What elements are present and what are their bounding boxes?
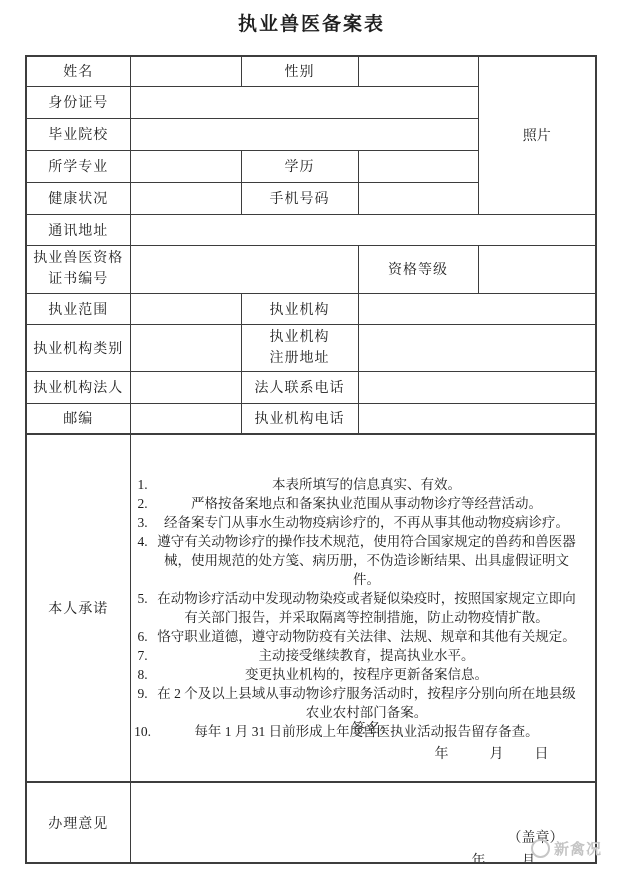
address-value-cell[interactable] [130,214,596,245]
commitment-item: 4. 遵守有关动物诊疗的操作技术规范，使用符合国家规定的兽药和兽医器械，使用规范… [131,532,596,589]
cert-number-label: 执业兽医资格 证书编号 [26,245,130,293]
major-value-cell[interactable] [130,150,241,182]
commitment-item: 7. 主动接受继续教育，提高执业水平。 [131,646,596,665]
org-type-label: 执业机构类别 [26,324,130,371]
record-form-table: 姓名 性别 照片 身份证号 毕业院校 所学专业 学历 健康状况 手机号码 [25,55,597,864]
practice-org-value-cell[interactable] [358,293,596,324]
org-legal-person-value-cell[interactable] [130,371,241,403]
education-value-cell[interactable] [358,150,478,182]
qual-level-value-cell[interactable] [478,245,596,293]
gender-label: 性别 [241,56,358,86]
commitment-item: 5. 在动物诊疗活动中发现动物染疫或者疑似染疫时，按照国家规定立即向有关部门报告… [131,589,596,627]
postcode-label: 邮编 [26,403,130,434]
major-label: 所学专业 [26,150,130,182]
health-label: 健康状况 [26,182,130,214]
qual-level-label: 资格等级 [358,245,478,293]
gender-value-cell[interactable] [358,56,478,86]
commitment-item: 6. 恪守职业道德，遵守动物防疫有关法律、法规、规章和其他有关规定。 [131,627,596,646]
commitment-item: 2. 严格按备案地点和备案执业范围从事动物诊疗等经营活动。 [131,494,596,513]
id-number-label: 身份证号 [26,86,130,118]
commitment-label: 本人承诺 [26,434,130,782]
page-title: 执业兽医备案表 [0,9,623,36]
school-label: 毕业院校 [26,118,130,150]
commitment-item: 1. 本表所填写的信息真实、有效。 [131,475,596,494]
commitment-item: 8. 变更执业机构的，按程序更新备案信息。 [131,665,596,684]
org-reg-addr-label: 执业机构 注册地址 [241,324,358,371]
org-type-value-cell[interactable] [130,324,241,371]
org-legal-person-label: 执业机构法人 [26,371,130,403]
org-phone-label: 执业机构电话 [241,403,358,434]
commitment-content-cell: 1. 本表所填写的信息真实、有效。 2. 严格按备案地点和备案执业范围从事动物诊… [130,434,596,782]
cert-number-value-cell[interactable] [130,245,358,293]
legal-person-phone-value-cell[interactable] [358,371,596,403]
approval-content-cell[interactable]: （盖章） 年 月 [130,782,596,863]
signature-area[interactable] [399,718,519,736]
watermark-text: 新禽况 [554,838,602,859]
name-label: 姓名 [26,56,130,86]
address-label: 通讯地址 [26,214,130,245]
watermark-logo-icon [531,839,550,858]
practice-scope-value-cell[interactable] [130,293,241,324]
mobile-label: 手机号码 [241,182,358,214]
signature-label: 签名: [352,718,387,738]
commitment-item: 3. 经备案专门从事水生动物疫病诊疗的，不再从事其他动物疫病诊疗。 [131,513,596,532]
form-page: 执业兽医备案表 姓名 性别 照片 身份证号 毕业院校 所学专业 学历 [0,0,623,876]
postcode-value-cell[interactable] [130,403,241,434]
school-value-cell[interactable] [130,118,478,150]
photo-label: 照片 [523,129,551,144]
health-value-cell[interactable] [130,182,241,214]
legal-person-phone-label: 法人联系电话 [241,371,358,403]
mobile-value-cell[interactable] [358,182,478,214]
approval-label: 办理意见 [26,782,130,863]
education-label: 学历 [241,150,358,182]
org-phone-value-cell[interactable] [358,403,596,434]
photo-cell[interactable]: 照片 [478,56,596,214]
practice-scope-label: 执业范围 [26,293,130,324]
name-value-cell[interactable] [130,56,241,86]
commitment-item: 9. 在 2 个及以上县域从事动物诊疗服务活动时，按程序分别向所在地县级农业农村… [131,684,596,722]
org-reg-addr-value-cell[interactable] [358,324,596,371]
watermark: 新禽况 [531,838,602,859]
id-number-value-cell[interactable] [130,86,478,118]
practice-org-label: 执业机构 [241,293,358,324]
